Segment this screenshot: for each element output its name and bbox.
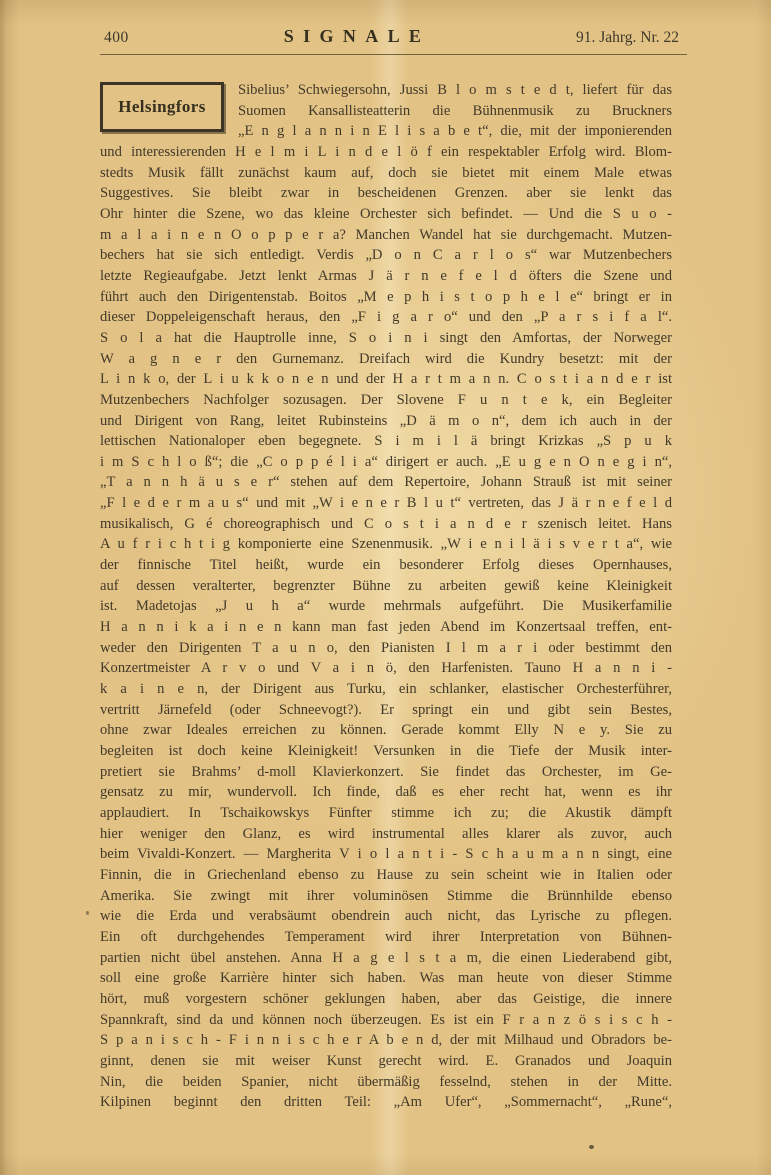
page-number: 400 (104, 29, 129, 47)
article-line: gensatz zu mir, wundervoll. Ich finde, d… (100, 782, 672, 803)
article-line: partien nicht übel anstehen. Anna H a g … (100, 948, 672, 969)
article-line: S p a n i s c h - F i n n i s c h e r A … (100, 1030, 672, 1051)
journal-title: SIGNALE (129, 26, 576, 47)
article-line: Konzertmeister A r v o und V a i n ö, de… (100, 658, 672, 679)
article-line: hört, muß vorgestern schöner geklungen h… (100, 989, 672, 1010)
article-line: weder den Dirigenten T a u n o, den Pian… (100, 638, 672, 659)
issue-label: 91. Jahrg. Nr. 22 (576, 29, 679, 47)
article-line: dieser Doppeleigenschaft heraus, den „F … (100, 307, 672, 328)
article-line: lettischen Nationaloper eben begegnete. … (100, 431, 672, 452)
article-line: Spannkraft, sind da und können noch über… (100, 1010, 672, 1031)
article-line: führt auch den Dirigentenstab. Boitos „M… (100, 287, 672, 308)
article-line: Finnin, die in Griechenland ebenso zu Ha… (100, 865, 672, 886)
article-line: beim Vivaldi-Konzert. — Margherita V i o… (100, 844, 672, 865)
article-line: Suggestives. Sie bleibt zwar in bescheid… (100, 183, 672, 204)
ink-speck (86, 911, 89, 915)
article-line: und interessierenden H e l m i L i n d e… (100, 142, 672, 163)
article-line: musikalisch, G é choreographisch und C o… (100, 514, 672, 535)
article-line: bechers hat sie sich entledigt. Verdis „… (100, 245, 672, 266)
article-line: „F l e d e r m a u s“ und mit „W i e n e… (100, 493, 672, 514)
article-line: ist. Madetojas „J u h a“ wurde mehrmals … (100, 596, 672, 617)
article-line: der finnische Titel heißt, wurde ein bes… (100, 555, 672, 576)
article-line: ginnt, denen sie mit weiser Kunst gerech… (100, 1051, 672, 1072)
article-body: Helsingfors Sibelius’ Schwiegersohn, Jus… (0, 55, 771, 1113)
dateline-box: Helsingfors (100, 82, 224, 132)
article-line: Amerika. Sie zwingt mit ihrer voluminöse… (100, 886, 672, 907)
article-line: begleiten ist doch keine Kleinigkeit! Ve… (100, 741, 672, 762)
article-line: Ein oft durchgehendes Temperament wird i… (100, 927, 672, 948)
article-line: soll eine große Karrière hinter sich hab… (100, 968, 672, 989)
article-line: Ohr hinter die Szene, wo das kleine Orch… (100, 204, 672, 225)
article-line: A u f r i c h t i g komponierte eine Sze… (100, 534, 672, 555)
article-line: auf dessen veralterter, begrenzter Bühne… (100, 576, 672, 597)
page-header: 400 SIGNALE 91. Jahrg. Nr. 22 (0, 0, 771, 47)
article-line: Nin, die beiden Spanier, nicht übermäßig… (100, 1072, 672, 1093)
article-line: vertritt Järnefeld (oder Schneevogt?). E… (100, 700, 672, 721)
article-line: ohne zwar Ideales erreichen zu können. G… (100, 720, 672, 741)
article-line: applaudiert. In Tschaikowskys Fünfter st… (100, 803, 672, 824)
article-line: hier weniger den Glanz, es wird instrume… (100, 824, 672, 845)
dateline-label: Helsingfors (118, 97, 206, 116)
article-line: H a n n i k a i n e n kann man fast jede… (100, 617, 672, 638)
article-line: pretiert sie Brahms’ d-moll Klavierkonze… (100, 762, 672, 783)
article-line: letzte Regieaufgabe. Jetzt lenkt Armas J… (100, 266, 672, 287)
article-line: k a i n e n, der Dirigent aus Turku, ein… (100, 679, 672, 700)
article-text: Sibelius’ Schwiegersohn, Jussi B l o m s… (100, 80, 672, 1113)
article-line: Kilpinen beginnt den dritten Teil: „Am U… (100, 1092, 672, 1113)
ink-speck (589, 1145, 594, 1149)
article-line: S o l a hat die Hauptrolle inne, S o i n… (100, 328, 672, 349)
article-line: i m S c h l o ß“; die „C o p p é l i a“ … (100, 452, 672, 473)
article-line: stedts Musik fällt zunächst kaum auf, do… (100, 163, 672, 184)
article-line: m a l a i n e n O o p p e r a? Manchen W… (100, 225, 672, 246)
article-line: „T a n n h ä u s e r“ stehen auf dem Rep… (100, 472, 672, 493)
article-line: Mutzenbechers Nachfolger sozusagen. Der … (100, 390, 672, 411)
article-line: und Dirigent von Rang, leitet Rubinstein… (100, 411, 672, 432)
article-line: wie die Erda und verabsäumt obendrein au… (100, 906, 672, 927)
article-line: W a g n e r den Gurnemanz. Dreifach wird… (100, 349, 672, 370)
article-line: L i n k o, der L i u k k o n e n und der… (100, 369, 672, 390)
scanned-journal-page: 400 SIGNALE 91. Jahrg. Nr. 22 Helsingfor… (0, 0, 771, 1175)
